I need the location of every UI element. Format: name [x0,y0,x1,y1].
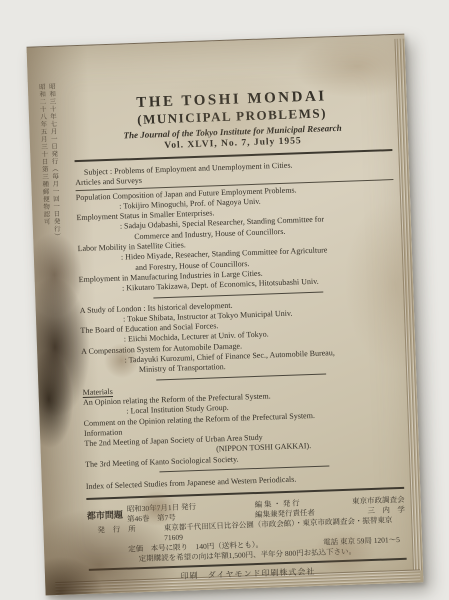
journal-cover-photo: 昭和三十年七月一日発行（毎月一回一日発行）昭和二十八年五月三十日第三種郵便物認可… [27,34,424,596]
table-of-contents: Subject : Problems of Employment and Une… [75,157,404,492]
spine-vertical-imprint: 昭和三十年七月一日発行（毎月一回一日発行）昭和二十八年五月三十日第三種郵便物認可 [36,83,64,304]
cover-printed-content: THE TOSHI MONDAI (MUNICIPAL PROBLEMS) Th… [72,85,407,585]
colophon: 都市問題 昭和30年7月1日 発行 第46巻 第7号 編 集 ・ 発 行 東京市… [87,495,407,566]
colophon-magazine-title: 都市問題 [87,505,128,526]
